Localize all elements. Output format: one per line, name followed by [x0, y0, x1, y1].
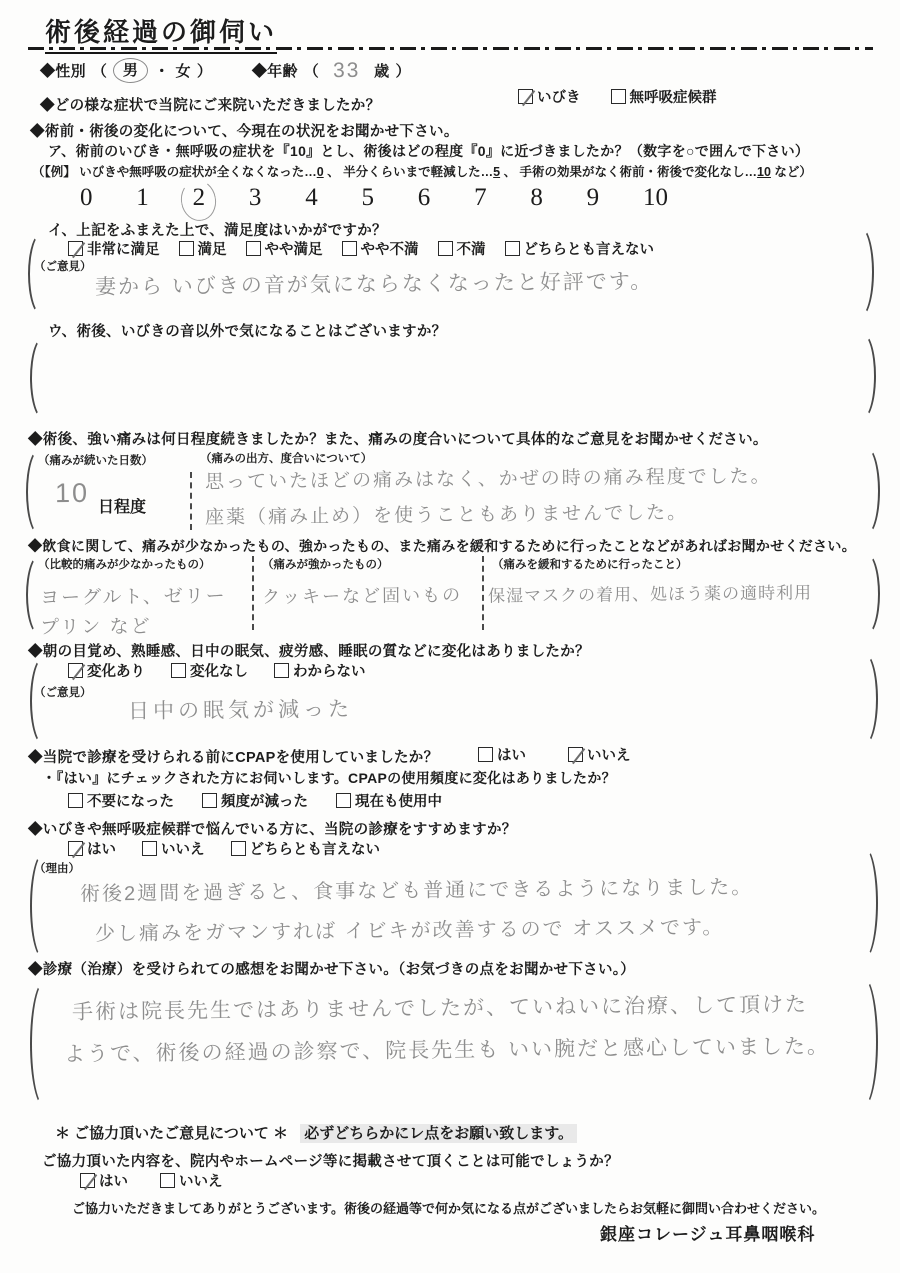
- impression-bracket-right: [848, 976, 878, 1108]
- impression-question: ◆診療（治療）を受けられての感想をお聞かせ下さい。（お気づきの点をお聞かせ下さい…: [28, 958, 635, 979]
- scale-number-3[interactable]: 3: [247, 184, 264, 212]
- clinic-name: 銀座コレージュ耳鼻咽喉科: [600, 1220, 815, 1245]
- checked-checkbox-icon[interactable]: [568, 747, 583, 762]
- sleep-opinion-label: （ご意見）: [34, 684, 92, 700]
- unchecked-checkbox-icon[interactable]: [171, 663, 186, 678]
- cpap-frequency-options: 不要になった頻度が減った現在も使用中: [68, 790, 442, 811]
- checkbox-option[interactable]: 不満: [438, 238, 486, 259]
- checkbox-option[interactable]: どちらとも言えない: [505, 238, 655, 259]
- symptom-question: ◆どの様な症状で当院にご来院いただきましたか？: [40, 94, 380, 115]
- checked-checkbox-icon[interactable]: [68, 241, 83, 256]
- scale-number-1[interactable]: 1: [134, 184, 151, 212]
- checkbox-option[interactable]: 現在も使用中: [336, 790, 442, 811]
- change-example-line: （【例】 いびきや無呼吸の症状が全くなくなった…0 、 半分くらいまで軽減した……: [32, 162, 812, 180]
- checkbox-option[interactable]: やや不満: [342, 238, 419, 259]
- checkbox-option[interactable]: いいえ: [160, 1170, 223, 1191]
- checkbox-option[interactable]: わからない: [274, 660, 366, 681]
- checkbox-label: 不満: [457, 238, 486, 259]
- checkbox-label: いびき: [537, 86, 581, 107]
- age-paren-open: （: [304, 60, 319, 81]
- age-unit: 歳: [374, 60, 389, 81]
- food-col1-label: （比較的痛みが少なかったもの）: [38, 556, 211, 572]
- unchecked-checkbox-icon[interactable]: [505, 241, 520, 256]
- checkbox-label: 頻度が減った: [221, 790, 308, 811]
- example-text: 、 半分くらいまで軽減した…: [324, 165, 493, 179]
- title-divider: [28, 47, 873, 50]
- cpap-followup-question: ・『はい』にチェックされた方にお伺いします。CPAPの使用頻度に変化はありました…: [42, 768, 616, 788]
- checkbox-option[interactable]: 変化あり: [68, 660, 145, 681]
- pain-detail-line1-handwritten: 思っていたほどの痛みはなく、かぜの時の痛み程度でした。: [205, 461, 772, 494]
- example-anchor-number: 10: [757, 165, 771, 179]
- symptom-options: いびき無呼吸症候群: [518, 86, 717, 107]
- footer-note: ＊ ご協力頂いたご意見について ＊ 必ずどちらかにレ点をお願い致します。: [55, 1122, 577, 1143]
- impression-line2-handwritten: ようで、術後の経過の診察で、院長先生も いい腕だと感心していました。: [64, 1030, 830, 1068]
- unchecked-checkbox-icon[interactable]: [274, 663, 289, 678]
- checkbox-option[interactable]: 不要になった: [68, 790, 174, 811]
- checkbox-option[interactable]: 変化なし: [171, 660, 248, 681]
- pain-days-handwritten: 10: [55, 478, 89, 509]
- checkbox-option[interactable]: 無呼吸症候群: [611, 86, 717, 107]
- checkbox-option[interactable]: いいえ: [568, 744, 631, 765]
- pain-detail-line2-handwritten: 座薬（痛み止め）を使うこともありませんでした。: [205, 497, 688, 529]
- unchecked-checkbox-icon[interactable]: [336, 793, 351, 808]
- sleep-options: 変化あり変化なしわからない: [68, 660, 366, 681]
- satisfaction-question: イ、上記をふまえた上で、満足度はいかがですか？: [48, 219, 387, 240]
- checked-checkbox-icon[interactable]: [68, 841, 83, 856]
- checkbox-label: 変化なし: [190, 660, 248, 681]
- checkbox-label: はい: [87, 838, 116, 859]
- opinion-bracket-right: [846, 226, 874, 318]
- age-label: ◆年齢: [252, 60, 298, 81]
- pain-days-unit: 日程度: [98, 494, 146, 517]
- checked-checkbox-icon[interactable]: [80, 1173, 95, 1188]
- checkbox-label: 無呼吸症候群: [630, 86, 717, 107]
- scale-number-10[interactable]: 10: [641, 184, 670, 212]
- gender-label: ◆性別: [40, 60, 86, 81]
- gender-paren-open: （: [92, 60, 107, 81]
- unchecked-checkbox-icon[interactable]: [179, 241, 194, 256]
- example-text: （【例】 いびきや無呼吸の症状が全くなくなった…: [32, 165, 317, 179]
- pain-days-label: （痛みが続いた日数）: [38, 452, 153, 468]
- checked-checkbox-icon[interactable]: [518, 89, 533, 104]
- concerns-bracket-right: [848, 332, 876, 420]
- checkbox-option[interactable]: やや満足: [246, 238, 323, 259]
- pain-detail-label: （痛みの出方、度合いについて）: [200, 450, 372, 466]
- scale-number-4[interactable]: 4: [303, 184, 320, 212]
- unchecked-checkbox-icon[interactable]: [438, 241, 453, 256]
- sleep-bracket-right: [850, 652, 878, 746]
- example-text: 、 手術の効果がなく術前・術後で変化なし…: [500, 165, 757, 179]
- recommend-question: ◆いびきや無呼吸症候群で悩んでいる方に、当院の診療をすすめますか？: [28, 818, 517, 839]
- gender-female-label[interactable]: 女: [176, 60, 191, 81]
- reason-bracket-right: [850, 846, 878, 960]
- pain-heading: ◆術後、強い痛みは何日程度続きましたか？また、痛みの度合いについて具体的なご意見…: [28, 428, 768, 449]
- impression-bracket-left: [30, 980, 60, 1108]
- checkbox-label: どちらとも言えない: [524, 238, 655, 259]
- checkbox-label: いいえ: [587, 744, 631, 765]
- footer-note-prefix: ＊ ご協力頂いたご意見について ＊: [55, 1125, 288, 1142]
- sleep-heading: ◆朝の目覚め、熟睡感、日中の眠気、疲労感、睡眠の質などに変化はありましたか？: [28, 640, 590, 661]
- food-col3-label: （痛みを緩和するために行ったこと）: [492, 556, 688, 572]
- unchecked-checkbox-icon[interactable]: [246, 241, 261, 256]
- unchecked-checkbox-icon[interactable]: [202, 793, 217, 808]
- checkbox-label: 現在も使用中: [355, 790, 442, 811]
- unchecked-checkbox-icon[interactable]: [611, 89, 626, 104]
- unchecked-checkbox-icon[interactable]: [68, 793, 83, 808]
- scale-number-0[interactable]: 0: [78, 184, 95, 212]
- sleep-opinion-handwritten: 日中の眠気が減った: [128, 693, 353, 725]
- scale-number-5[interactable]: 5: [359, 184, 376, 212]
- footer-note-bold: 必ずどちらかにレ点をお願い致します。: [300, 1124, 577, 1143]
- publish-options: はいいいえ: [80, 1170, 223, 1191]
- checkbox-option[interactable]: はい: [68, 838, 116, 859]
- checked-checkbox-icon[interactable]: [68, 663, 83, 678]
- cpap-question: ◆当院で診療を受けられる前にCPAPを使用していましたか？: [28, 746, 438, 767]
- checkbox-label: どちらとも言えない: [250, 838, 381, 859]
- scale-number-2[interactable]: 2: [191, 184, 208, 212]
- concerns-bracket-left: [30, 336, 58, 420]
- gender-male-circled[interactable]: 男: [113, 58, 148, 83]
- checkbox-option[interactable]: いいえ: [142, 838, 205, 859]
- food-divider-2: [482, 556, 484, 630]
- change-heading: ◆術前・術後の変化について、今現在の状況をお聞かせ下さい。: [30, 120, 459, 141]
- checkbox-option[interactable]: どちらとも言えない: [231, 838, 381, 859]
- scale-number-7[interactable]: 7: [472, 184, 489, 212]
- gender-male-label: 男: [123, 62, 138, 79]
- scale-number-8[interactable]: 8: [528, 184, 545, 212]
- opinion-label: （ご意見）: [34, 258, 92, 274]
- publish-question: ご協力頂いた内容を、院内やホームページ等に掲載させて頂くことは可能でしょうか？: [42, 1150, 619, 1171]
- checkbox-label: いいえ: [179, 1170, 223, 1191]
- checkbox-label: 変化あり: [87, 660, 145, 681]
- checkbox-option[interactable]: 満足: [179, 238, 227, 259]
- checkbox-option[interactable]: はい: [478, 744, 526, 765]
- example-text: など）: [771, 165, 812, 179]
- unchecked-checkbox-icon[interactable]: [231, 841, 246, 856]
- reason-line2-handwritten: 少し痛みをガマンすれば イビキが改善するので オススメです。: [95, 911, 725, 947]
- rating-scale: 012345678910: [78, 184, 670, 212]
- food-divider-1: [252, 556, 254, 630]
- sleep-bracket-left: [30, 656, 58, 746]
- unchecked-checkbox-icon[interactable]: [160, 1173, 175, 1188]
- checkbox-label: 非常に満足: [87, 238, 160, 259]
- opinion-bracket-left: [28, 232, 56, 316]
- checkbox-label: 満足: [198, 238, 227, 259]
- reason-line1-handwritten: 術後2週間を過ぎると、食事なども普通にできるようになりました。: [80, 870, 753, 906]
- unchecked-checkbox-icon[interactable]: [478, 747, 493, 762]
- food-col3-handwritten: 保湿マスクの着用、処ほう薬の適時利用: [488, 578, 812, 606]
- checkbox-option[interactable]: はい: [80, 1170, 128, 1191]
- impression-line1-handwritten: 手術は院長先生ではありませんでしたが、ていねいに治療、して頂けた: [72, 988, 808, 1026]
- food-heading: ◆飲食に関して、痛みが少なかったもの、強かったもの、また痛みを緩和するために行っ…: [28, 536, 856, 556]
- example-anchor-number: 0: [317, 165, 324, 179]
- profile-row: ◆性別 （ 男 ・ 女 ） ◆年齢 （ 33 歳 ）: [40, 58, 410, 83]
- satisfaction-opinion-handwritten: 妻から いびきの音が気にならなくなったと好評です。: [95, 265, 653, 301]
- checkbox-label: やや不満: [361, 238, 419, 259]
- checkbox-option[interactable]: いびき: [518, 86, 581, 107]
- cpap-options: はいいいえ: [478, 744, 631, 765]
- checkbox-label: 不要になった: [87, 790, 174, 811]
- unchecked-checkbox-icon[interactable]: [342, 241, 357, 256]
- footer-thanks: ご協力いただきましてありがとうございます。術後の経過等で何か気になる点がございま…: [72, 1198, 825, 1217]
- checkbox-label: わからない: [293, 660, 366, 681]
- checkbox-option[interactable]: 非常に満足: [68, 238, 160, 259]
- age-value-handwritten: 33: [333, 58, 361, 82]
- concerns-question: ウ、術後、いびきの音以外で気になることはございますか？: [48, 320, 446, 341]
- food-col1-line2-handwritten: プリン など: [40, 611, 152, 639]
- unchecked-checkbox-icon[interactable]: [142, 841, 157, 856]
- pain-bracket-right: [852, 446, 880, 536]
- checkbox-option[interactable]: 頻度が減った: [202, 790, 308, 811]
- scale-number-9[interactable]: 9: [585, 184, 602, 212]
- handwritten-circle-mark: [177, 177, 218, 223]
- food-col2-label: （痛みが強かったもの）: [262, 556, 389, 572]
- age-paren-close: ）: [395, 60, 410, 81]
- checkbox-label: いいえ: [161, 838, 205, 859]
- scale-number-6[interactable]: 6: [416, 184, 433, 212]
- reason-label: （理由）: [34, 860, 80, 876]
- change-sub-question: ア、術前のいびき・無呼吸の症状を『10』とし、術後はどの程度『0』に近づきました…: [48, 141, 809, 161]
- pain-column-divider: [190, 472, 192, 530]
- food-col2-handwritten: クッキーなど固いもの: [262, 581, 462, 609]
- food-col1-line1-handwritten: ヨーグルト、ゼリー: [40, 581, 227, 610]
- checkbox-label: はい: [99, 1170, 128, 1191]
- food-bracket-right: [852, 552, 880, 636]
- checkbox-label: やや満足: [265, 238, 323, 259]
- checkbox-label: はい: [497, 744, 526, 765]
- satisfaction-options: 非常に満足満足やや満足やや不満不満どちらとも言えない: [68, 238, 654, 259]
- recommend-options: はいいいえどちらとも言えない: [68, 838, 380, 859]
- gender-separator: ・: [154, 60, 169, 81]
- gender-paren-close: ）: [197, 60, 212, 81]
